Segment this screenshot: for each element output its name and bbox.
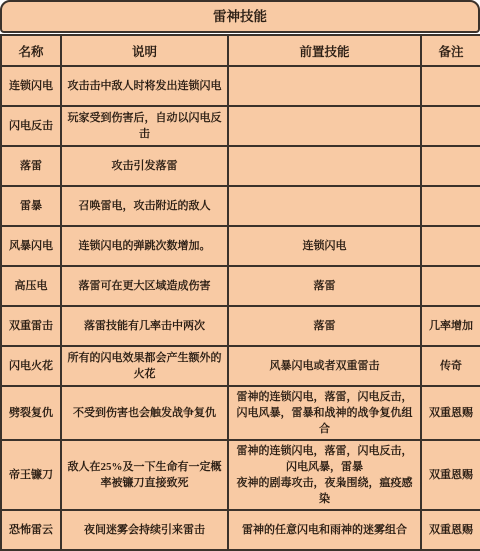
skill-name-cell: 高压电 — [1, 266, 61, 306]
prerequisite-cell: 落雷 — [228, 266, 421, 306]
description-cell: 夜间迷雾会持续引来雷击 — [61, 510, 228, 550]
table-row: 劈裂复仇不受到伤害也会触发战争复仇雷神的连锁闪电，落雷，闪电反击，闪电风暴，雷暴… — [1, 386, 480, 440]
note-cell — [421, 146, 480, 186]
prerequisite-cell — [228, 146, 421, 186]
note-cell: 双重恩赐 — [421, 386, 480, 440]
note-cell — [421, 266, 480, 306]
col-header-name: 名称 — [1, 35, 61, 66]
description-cell: 连锁闪电的弹跳次数增加。 — [61, 226, 228, 266]
prerequisite-cell: 风暴闪电或者双重雷击 — [228, 346, 421, 386]
note-cell — [421, 106, 480, 146]
table-row: 高压电落雷可在更大区域造成伤害落雷 — [1, 266, 480, 306]
table-row: 雷暴召唤雷电，攻击附近的敌人 — [1, 186, 480, 226]
table-row: 落雷攻击引发落雷 — [1, 146, 480, 186]
description-cell: 所有的闪电效果都会产生额外的火花 — [61, 346, 228, 386]
prerequisite-cell: 雷神的连锁闪电，落雷，闪电反击，闪电风暴，雷暴 夜神的剧毒攻击，夜枭围绕，瘟疫感… — [228, 440, 421, 510]
note-cell: 几率增加 — [421, 306, 480, 346]
skill-name-cell: 落雷 — [1, 146, 61, 186]
note-cell — [421, 186, 480, 226]
page-title: 雷神技能 — [0, 0, 480, 33]
col-header-note: 备注 — [421, 35, 480, 66]
description-cell: 攻击击中敌人时将发出连锁闪电 — [61, 66, 228, 106]
table-row: 闪电反击玩家受到伤害后，自动以闪电反击 — [1, 106, 480, 146]
skill-name-cell: 雷暴 — [1, 186, 61, 226]
skills-table: 名称 说明 前置技能 备注 连锁闪电攻击击中敌人时将发出连锁闪电闪电反击玩家受到… — [0, 34, 480, 551]
note-cell: 双重恩赐 — [421, 440, 480, 510]
table-row: 双重雷击落雷技能有几率击中两次落雷几率增加 — [1, 306, 480, 346]
skill-name-cell: 闪电反击 — [1, 106, 61, 146]
description-cell: 落雷可在更大区域造成伤害 — [61, 266, 228, 306]
description-cell: 攻击引发落雷 — [61, 146, 228, 186]
prerequisite-cell — [228, 66, 421, 106]
note-cell — [421, 66, 480, 106]
col-header-prerequisite: 前置技能 — [228, 35, 421, 66]
note-cell — [421, 226, 480, 266]
prerequisite-cell — [228, 106, 421, 146]
prerequisite-cell: 连锁闪电 — [228, 226, 421, 266]
table-row: 恐怖雷云夜间迷雾会持续引来雷击雷神的任意闪电和雨神的迷雾组合双重恩赐 — [1, 510, 480, 550]
col-header-description: 说明 — [61, 35, 228, 66]
skill-guide-table: 雷神技能 名称 说明 前置技能 备注 连锁闪电攻击击中敌人时将发出连锁闪电闪电反… — [0, 0, 480, 551]
description-cell: 召唤雷电，攻击附近的敌人 — [61, 186, 228, 226]
skill-name-cell: 闪电火花 — [1, 346, 61, 386]
prerequisite-cell: 雷神的任意闪电和雨神的迷雾组合 — [228, 510, 421, 550]
prerequisite-cell — [228, 186, 421, 226]
skill-name-cell: 双重雷击 — [1, 306, 61, 346]
skill-name-cell: 劈裂复仇 — [1, 386, 61, 440]
table-row: 风暴闪电连锁闪电的弹跳次数增加。连锁闪电 — [1, 226, 480, 266]
skill-name-cell: 帝王镰刀 — [1, 440, 61, 510]
prerequisite-cell: 雷神的连锁闪电，落雷，闪电反击，闪电风暴，雷暴和战神的战争复仇组合 — [228, 386, 421, 440]
prerequisite-cell: 落雷 — [228, 306, 421, 346]
description-cell: 不受到伤害也会触发战争复仇 — [61, 386, 228, 440]
table-row: 闪电火花所有的闪电效果都会产生额外的火花风暴闪电或者双重雷击传奇 — [1, 346, 480, 386]
note-cell: 双重恩赐 — [421, 510, 480, 550]
table-row: 连锁闪电攻击击中敌人时将发出连锁闪电 — [1, 66, 480, 106]
description-cell: 落雷技能有几率击中两次 — [61, 306, 228, 346]
table-row: 帝王镰刀敌人在25%及一下生命有一定概率被镰刀直接致死雷神的连锁闪电，落雷，闪电… — [1, 440, 480, 510]
skill-name-cell: 连锁闪电 — [1, 66, 61, 106]
skill-name-cell: 风暴闪电 — [1, 226, 61, 266]
description-cell: 敌人在25%及一下生命有一定概率被镰刀直接致死 — [61, 440, 228, 510]
skill-name-cell: 恐怖雷云 — [1, 510, 61, 550]
header-row: 名称 说明 前置技能 备注 — [1, 35, 480, 66]
description-cell: 玩家受到伤害后，自动以闪电反击 — [61, 106, 228, 146]
table-body: 连锁闪电攻击击中敌人时将发出连锁闪电闪电反击玩家受到伤害后，自动以闪电反击落雷攻… — [1, 66, 480, 550]
note-cell: 传奇 — [421, 346, 480, 386]
